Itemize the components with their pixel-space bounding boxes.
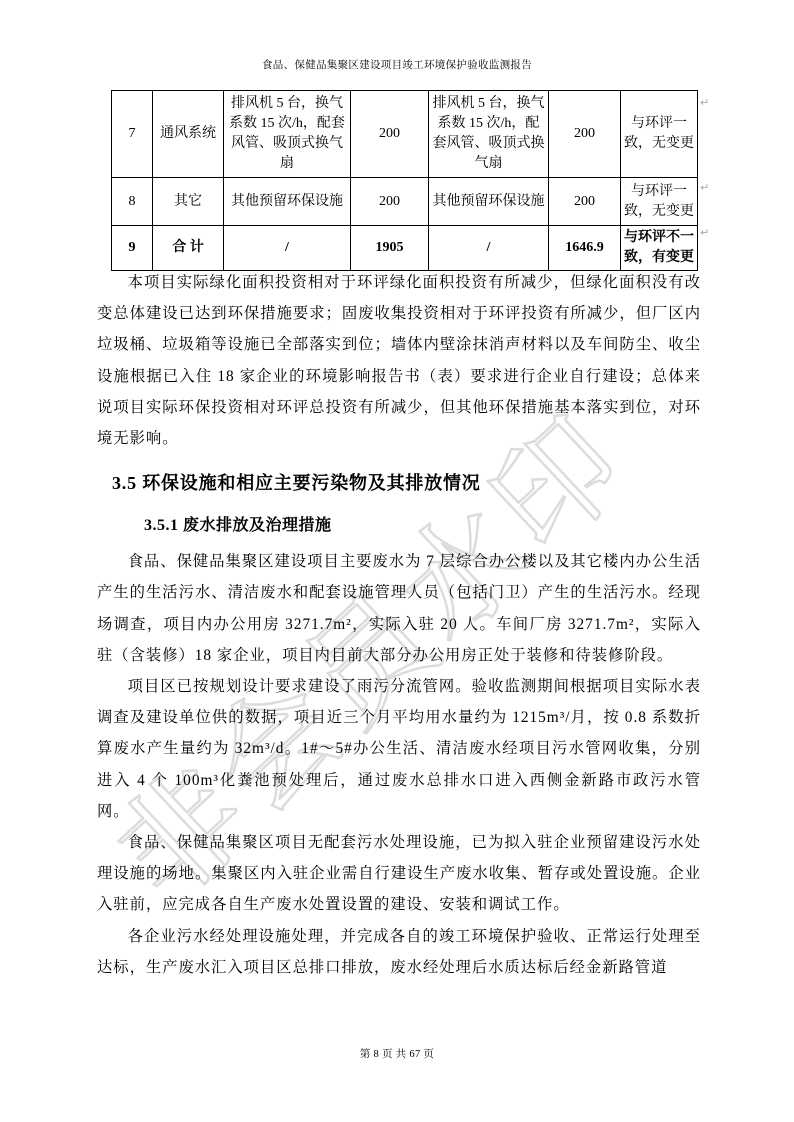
cell-conclusion: 与环评一致，无变更	[621, 91, 698, 178]
document-header-title: 食品、保健品集聚区建设项目竣工环境保护验收监测报告	[0, 57, 794, 72]
paragraph-investment-summary: 本项目实际绿化面积投资相对于环评绿化面积投资有所减少，但绿化面积没有改变总体建设…	[97, 267, 701, 454]
cell-ep-invest: 200	[351, 91, 429, 178]
table-row-total: 9 合 计 / 1905 / 1646.9 与环评不一致，有变更	[112, 226, 698, 271]
cell-seq: 7	[112, 91, 153, 178]
cell-actual-build: 排风机 5 台，换气系数 15 次/h，配套风管、吸顶式换气扇	[429, 91, 549, 178]
paragraph-water-usage-and-pipes: 项目区已按规划设计要求建设了雨污分流管网。验收监测期间根据项目实际水表调查及建设…	[97, 671, 701, 827]
cell-ep-requirement: 排风机 5 台，换气系数 15 次/h，配套风管、吸顶式换气扇	[224, 91, 351, 178]
cell-ep-requirement: /	[224, 226, 351, 271]
cell-category: 通风系统	[153, 91, 224, 178]
subsection-heading-3-5-1: 3.5.1 废水排放及治理措施	[144, 508, 701, 544]
document-body: 本项目实际绿化面积投资相对于环评绿化面积投资有所减少，但绿化面积没有改变总体建设…	[97, 267, 701, 983]
cell-category: 其它	[153, 178, 224, 226]
section-heading-3-5: 3.5 环保设施和相应主要污染物及其排放情况	[112, 467, 701, 500]
cell-actual-build: 其他预留环保设施	[429, 178, 549, 226]
cell-conclusion: 与环评一致，无变更	[621, 178, 698, 226]
cell-actual-invest: 1646.9	[549, 226, 621, 271]
paragraph-enterprise-treatment: 各企业污水经处理设施处理，并完成各自的竣工环境保护验收、正常运行处理至达标，生产…	[97, 921, 701, 983]
return-arrow-icon: ↵	[700, 96, 709, 109]
paragraph-no-treatment-facility: 食品、保健品集聚区项目无配套污水处理设施，已为拟入驻企业预留建设污水处理设施的场…	[97, 827, 701, 921]
return-arrow-icon: ↵	[700, 226, 709, 239]
table-row: 8 其它 其他预留环保设施 200 其他预留环保设施 200 与环评一致，无变更	[112, 178, 698, 226]
document-page: 非会员水印 食品、保健品集聚区建设项目竣工环境保护验收监测报告 7 通风系统 排…	[0, 0, 794, 1122]
table-row: 7 通风系统 排风机 5 台，换气系数 15 次/h，配套风管、吸顶式换气扇 2…	[112, 91, 698, 178]
paragraph-wastewater-source: 食品、保健品集聚区建设项目主要废水为 7 层综合办公楼以及其它楼内办公生活产生的…	[97, 546, 701, 671]
cell-ep-requirement: 其他预留环保设施	[224, 178, 351, 226]
return-arrow-icon: ↵	[700, 181, 709, 194]
cell-ep-invest: 1905	[351, 226, 429, 271]
cell-seq: 9	[112, 226, 153, 271]
page-number: 第 8 页 共 67 页	[0, 1046, 794, 1061]
cell-category: 合 计	[153, 226, 224, 271]
cell-ep-invest: 200	[351, 178, 429, 226]
cell-actual-invest: 200	[549, 91, 621, 178]
cell-conclusion: 与环评不一致，有变更	[621, 226, 698, 271]
cell-actual-invest: 200	[549, 178, 621, 226]
cell-actual-build: /	[429, 226, 549, 271]
ep-facility-investment-table: 7 通风系统 排风机 5 台，换气系数 15 次/h，配套风管、吸顶式换气扇 2…	[111, 90, 698, 271]
cell-seq: 8	[112, 178, 153, 226]
